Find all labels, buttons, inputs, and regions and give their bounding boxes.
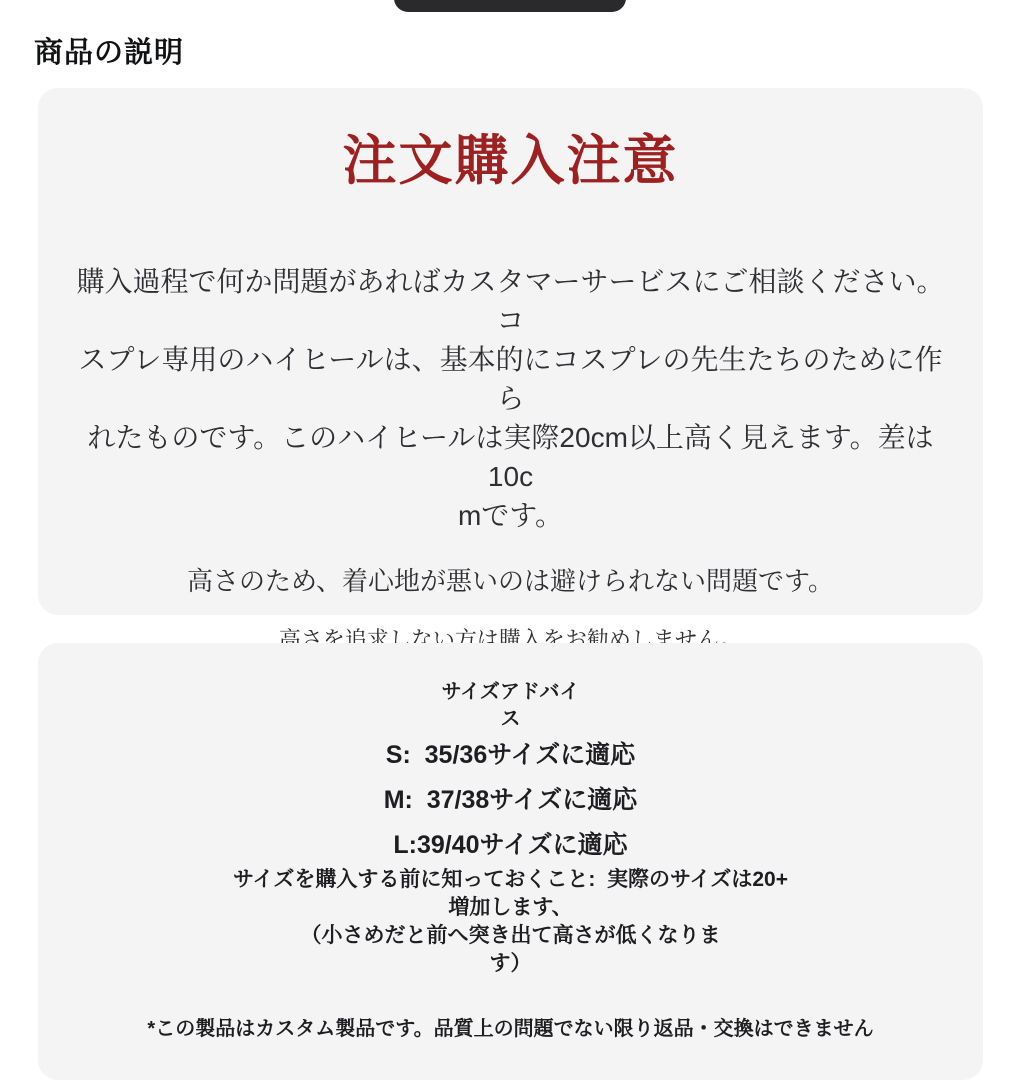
notice-paragraph-customer-service: 購入過程で何か問題があればカスタマーサービスにご相談ください。コ スプレ専用のハ…	[76, 262, 945, 535]
order-notice-card: 注文購入注意 購入過程で何か問題があればカスタマーサービスにご相談ください。コ …	[38, 88, 983, 615]
custom-product-footnote: *この製品はカスタム製品です。品質上の問題でない限り返品・交換はできません	[68, 1016, 953, 1043]
size-list: S: 35/36サイズに適応 M: 37/38サイズに適応 L:39/40サイズ…	[68, 739, 953, 862]
size-option-l: L:39/40サイズに適応	[68, 829, 953, 862]
size-advice-title: サイズアドバイ ス	[68, 679, 953, 733]
size-advice-card: サイズアドバイ ス S: 35/36サイズに適応 M: 37/38サイズに適応 …	[38, 643, 983, 1080]
size-option-s: S: 35/36サイズに適応	[68, 739, 953, 772]
product-image-bottom-edge	[394, 0, 626, 12]
size-option-m: M: 37/38サイズに適応	[68, 784, 953, 817]
order-notice-title: 注文購入注意	[76, 132, 945, 190]
page-title: 商品の説明	[34, 30, 184, 71]
notice-paragraph-comfort: 高さのため、着心地が悪いのは避けられない問題です。	[76, 563, 945, 599]
size-purchase-note: サイズを購入する前に知っておくこと: 実際のサイズは20+ 増加します、 （小さ…	[68, 866, 953, 978]
